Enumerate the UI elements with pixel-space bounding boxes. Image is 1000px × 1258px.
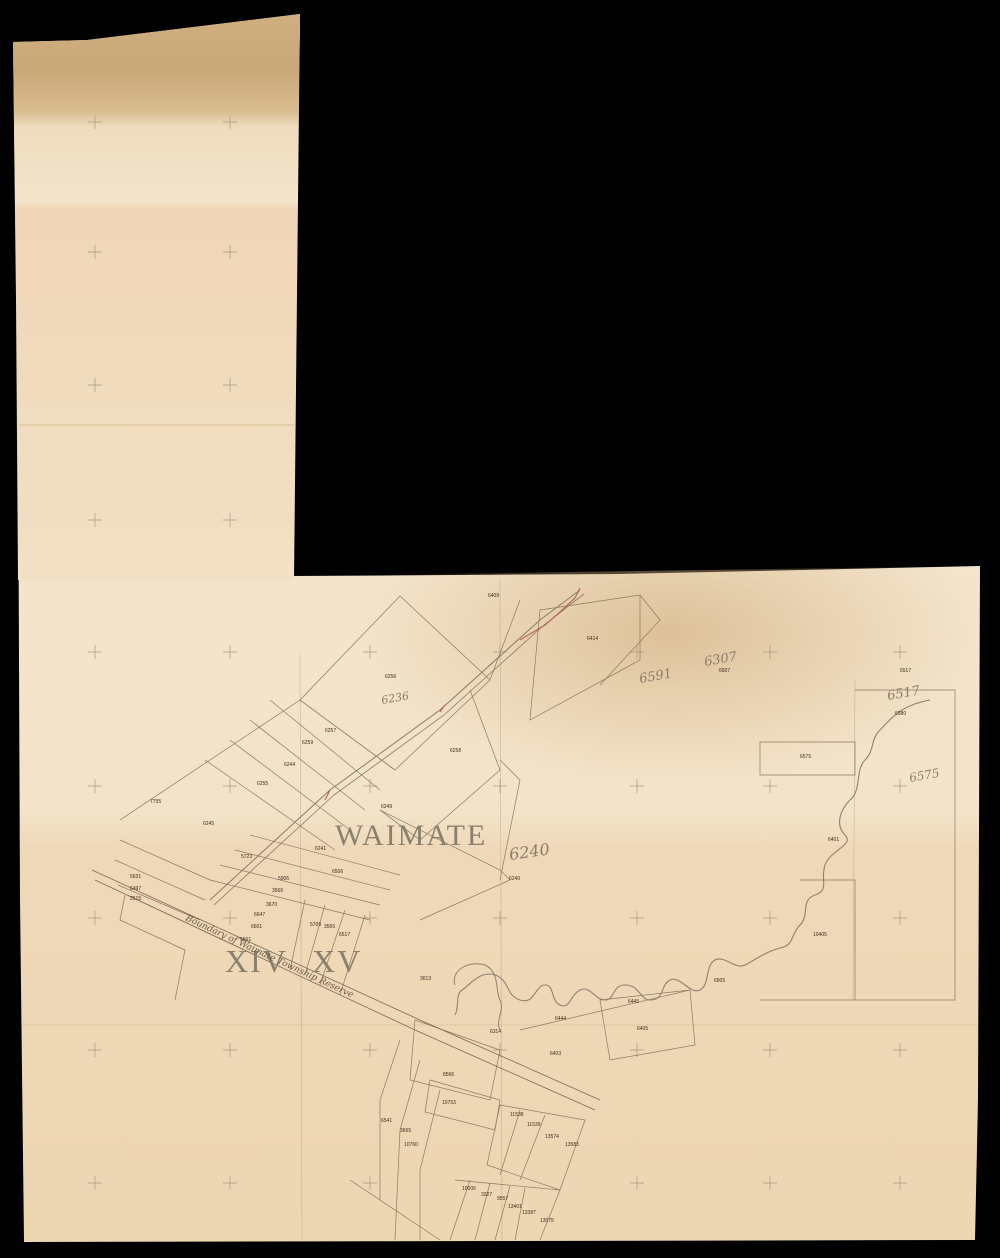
parcel-label: 5631 [130,874,141,880]
parcel-label: 6517 [900,668,911,674]
parcel-label: 10405 [813,932,827,938]
parcel-label: 3670 [266,902,277,908]
parcel-label: 6256 [385,674,396,680]
parcel-label: 3327 [481,1192,492,1198]
parcel-label: 6258 [450,748,461,754]
parcel-label: 6541 [381,1118,392,1124]
parcel-label: 6245 [203,821,214,827]
parcel-label: 13574 [545,1134,559,1140]
parcel-label: 6257 [325,728,336,734]
parcel-label: 6403 [550,1051,561,1057]
parcel-label: 6401 [828,837,839,843]
parcel-label: 5709 [310,922,321,928]
parcel-label: 9557 [497,1196,508,1202]
parcel-label: 3613 [420,976,431,982]
parcel-label: 6575 [800,754,811,760]
parcel-label: 6259 [302,740,313,746]
parcel-label: 13075 [540,1218,554,1224]
parcel-label: 3665 [400,1128,411,1134]
parcel-label: 5723 [241,854,252,860]
parcel-label: 6314 [490,1029,501,1035]
survey-map-scan: WAIMATE XIV XV Boundary of Waimate Towns… [0,0,1000,1258]
parcel-label: 3565 [324,924,335,930]
parcel-label: 2515 [130,896,141,902]
parcel-label: 11539 [527,1122,541,1128]
map-canvas: WAIMATE XIV XV Boundary of Waimate Towns… [0,0,1000,1258]
parcel-label: 6240 [509,876,520,882]
parcel-label: 10753 [442,1100,456,1106]
parcel-label: 6647 [254,912,265,918]
map-title: WAIMATE [335,819,487,852]
parcel-label: 5661 [240,937,251,943]
parcel-label: 6409 [488,593,499,599]
parcel-label: 6255 [257,781,268,787]
survey-district-xv: XV [312,943,362,979]
parcel-label: 6241 [315,846,326,852]
parcel-label: 3566 [272,888,283,894]
parcel-label: 6505 [714,978,725,984]
parcel-label: 13401 [508,1204,522,1210]
parcel-label: 5905 [278,876,289,882]
parcel-label: 6506 [332,869,343,875]
parcel-label: 6414 [587,636,598,642]
parcel-label: 6517 [339,932,350,938]
parcel-label: 6445 [628,999,639,1005]
parcel-label: 10006 [462,1186,476,1192]
parcel-label: 8566 [443,1072,454,1078]
parcel-label: 10760 [404,1142,418,1148]
parcel-label: 6580 [895,711,906,717]
parcel-label: 13387 [522,1210,536,1216]
parcel-label: 6405 [637,1026,648,1032]
parcel-label: 6507 [719,668,730,674]
parcel-label: 6601 [251,924,262,930]
parcel-label: 7755 [150,799,161,805]
parcel-label: 11538 [510,1112,524,1118]
parcel-label: 6249 [381,804,392,810]
parcel-label: 13583 [565,1142,579,1148]
parcel-label: 6244 [284,762,295,768]
parcel-label: 6444 [555,1016,566,1022]
parcel-label: 6497 [130,886,141,892]
